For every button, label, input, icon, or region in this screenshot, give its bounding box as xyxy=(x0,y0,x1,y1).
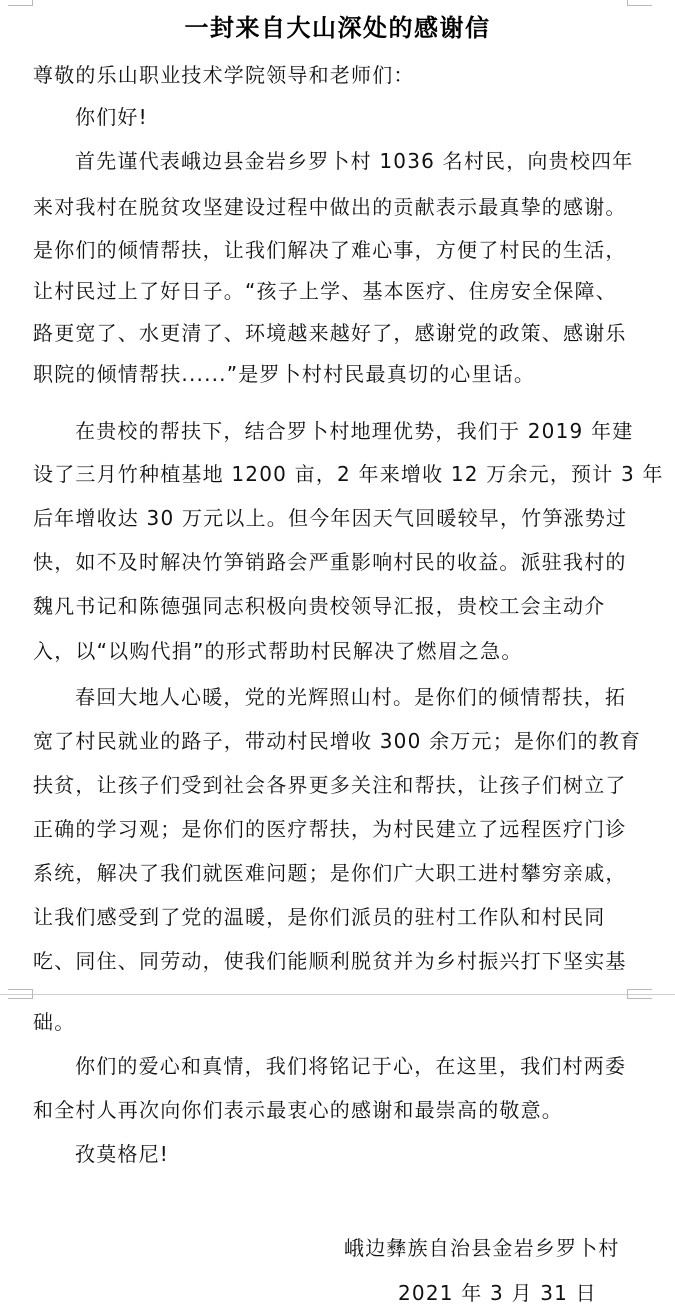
paragraph-line: 入，以“以购代捐”的形式帮助村民解决了燃眉之急。 xyxy=(33,639,643,663)
page-break-line xyxy=(0,994,675,995)
page-corner-mark xyxy=(627,989,652,999)
paragraph-line: 正确的学习观；是你们的医疗帮扶，为村民建立了远程医疗门诊 xyxy=(33,817,643,841)
paragraph-line: 春回大地人心暖，党的光辉照山村。是你们的倾情帮扶，拓 xyxy=(75,685,675,709)
signature-organization: 峨边彝族自治县金岩乡罗卜村 xyxy=(344,1236,644,1260)
paragraph-line: 础。 xyxy=(33,1010,643,1034)
paragraph-line: 首先谨代表峨边县金岩乡罗卜村 1036 名村民，向贵校四年 xyxy=(75,149,675,173)
paragraph-line: 和全村人再次向你们表示最衷心的感谢和最崇高的敬意。 xyxy=(33,1098,643,1122)
paragraph-line: 快，如不及时解决竹笋销路会严重影响村民的收益。派驻我村的 xyxy=(33,550,643,574)
paragraph-line: 吃、同住、同劳动，使我们能顺利脱贫并为乡村振兴打下坚实基 xyxy=(33,949,643,973)
page-corner-mark xyxy=(627,0,652,6)
letter-title: 一封来自大山深处的感谢信 xyxy=(0,13,675,43)
paragraph-line: 设了三月竹种植基地 1200 亩，2 年来增收 12 万余元，预计 3 年 xyxy=(33,462,643,486)
paragraph-line: 后年增收达 30 万元以上。但今年因天气回暖较早，竹笋涨势过 xyxy=(33,506,643,530)
paragraph-line: 魏凡书记和陈德强同志积极向贵校领导汇报，贵校工会主动介 xyxy=(33,594,643,618)
paragraph-line: 路更宽了、水更清了、环境越来越好了，感谢党的政策、感谢乐 xyxy=(33,321,643,345)
document-page: 一封来自大山深处的感谢信 尊敬的乐山职业技术学院领导和老师们： 你们好! 首先谨… xyxy=(0,0,675,1311)
paragraph-line: 扶贫，让孩子们受到社会各界更多关注和帮扶，让孩子们树立了 xyxy=(33,773,643,797)
paragraph-line: 让村民过上了好日子。“孩子上学、基本医疗、住房安全保障、 xyxy=(33,279,643,303)
greeting: 你们好! xyxy=(75,105,675,129)
page-corner-mark xyxy=(8,0,33,6)
paragraph-line: 系统，解决了我们就医难问题；是你们广大职工进村攀穷亲戚， xyxy=(33,861,643,885)
paragraph-line: 你们的爱心和真情，我们将铭记于心，在这里，我们村两委 xyxy=(75,1054,675,1078)
paragraph-line: 是你们的倾情帮扶，让我们解决了难心事，方便了村民的生活， xyxy=(33,238,643,262)
closing: 孜莫格尼! xyxy=(75,1142,675,1166)
paragraph-line: 职院的倾情帮扶......”是罗卜村村民最真切的心里话。 xyxy=(33,362,643,386)
signature-date: 2021 年 3 月 31 日 xyxy=(398,1281,638,1305)
page-corner-mark xyxy=(8,989,33,999)
paragraph-line: 宽了村民就业的路子，带动村民增收 300 余万元；是你们的教育 xyxy=(33,729,643,753)
paragraph-line: 来对我村在脱贫攻坚建设过程中做出的贡献表示最真挚的感谢。 xyxy=(33,195,643,219)
paragraph-line: 在贵校的帮扶下，结合罗卜村地理优势，我们于 2019 年建 xyxy=(75,419,675,443)
salutation: 尊敬的乐山职业技术学院领导和老师们： xyxy=(33,63,643,87)
paragraph-line: 让我们感受到了党的温暖，是你们派员的驻村工作队和村民同 xyxy=(33,905,643,929)
